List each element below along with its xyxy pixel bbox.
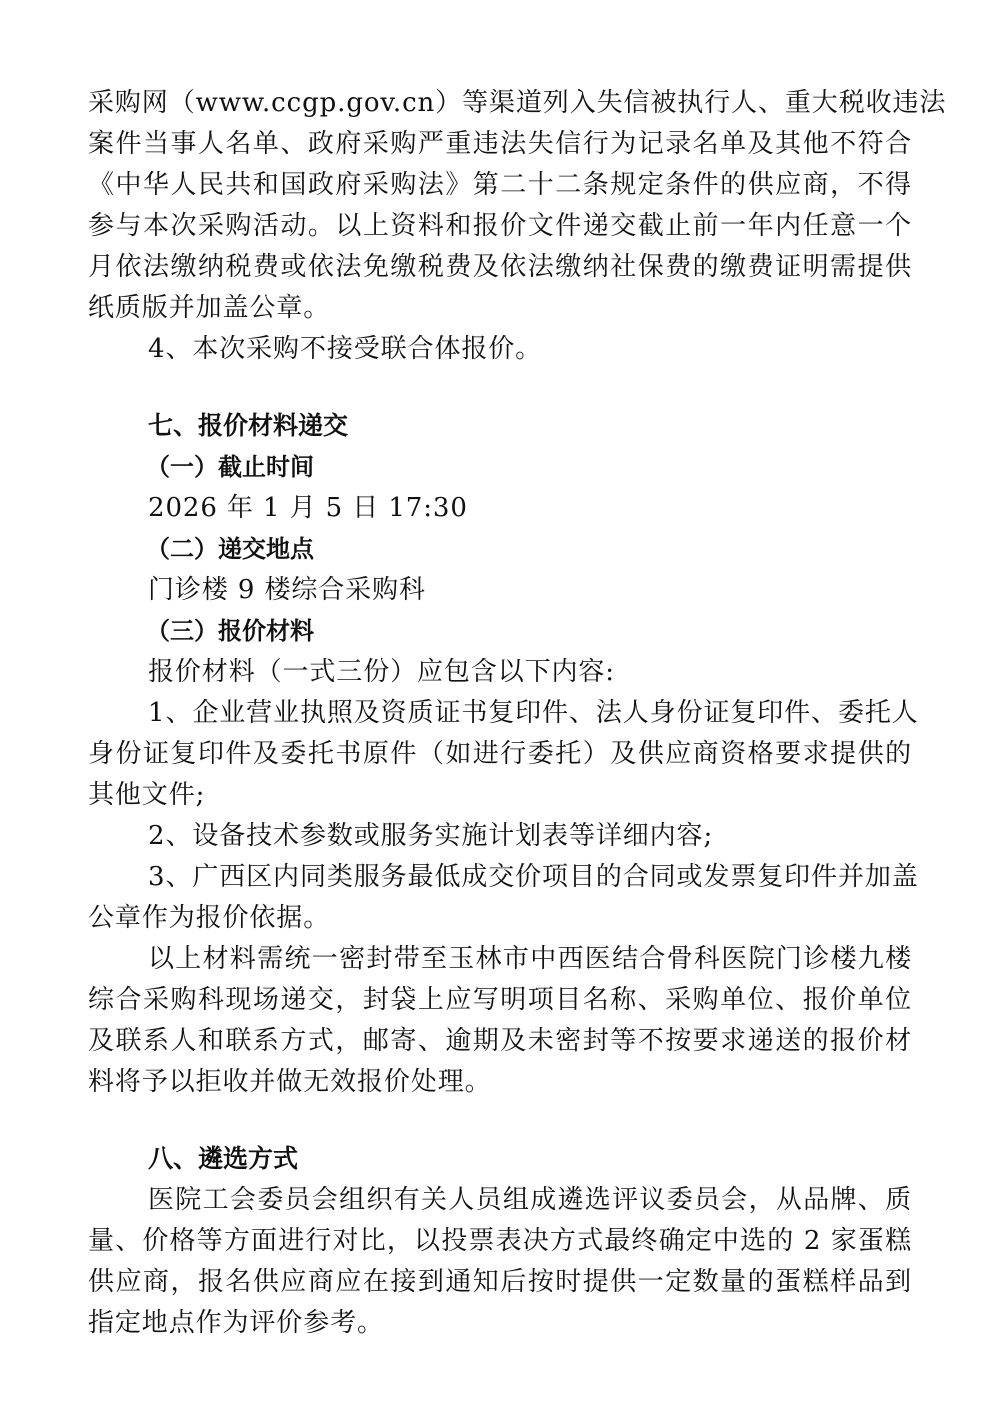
materials-item-1: 1、企业营业执照及资质证书复印件、法人身份证复印件、委托人 [148,696,912,730]
materials-note: 及联系人和联系方式，邮寄、逾期及未密封等不按要求递送的报价材 [88,1024,912,1058]
materials-note: 料将予以拒收并做无效报价处理。 [88,1065,912,1099]
materials-item-3: 公章作为报价依据。 [88,901,912,935]
selection-paragraph: 指定地点作为评价参考。 [88,1306,912,1340]
materials-note: 综合采购科现场递交，封袋上应写明项目名称、采购单位、报价单位 [88,983,912,1017]
paragraph-line: 参与本次采购活动。以上资料和报价文件递交截止前一年内任意一个 [88,209,912,243]
materials-item-3: 3、广西区内同类服务最低成交价项目的合同或发票复印件并加盖 [148,860,912,894]
materials-intro: 报价材料（一式三份）应包含以下内容: [148,655,912,689]
subheading-location: （二）递交地点 [146,532,970,566]
paragraph-line: 案件当事人名单、政府采购严重违法失信行为记录名单及其他不符合 [88,127,912,161]
section-heading-8: 八、遴选方式 [148,1142,912,1176]
list-item-4: 4、本次采购不接受联合体报价。 [148,332,912,366]
paragraph-line: 纸质版并加盖公章。 [88,291,912,325]
materials-item-1: 身份证复印件及委托书原件（如进行委托）及供应商资格要求提供的 [88,737,912,771]
paragraph-line: 采购网（www.ccgp.gov.cn）等渠道列入失信被执行人、重大税收违法 [88,86,912,120]
selection-paragraph: 医院工会委员会组织有关人员组成遴选评议委员会，从品牌、质 [148,1183,912,1217]
deadline-value: 2026 年 1 月 5 日 17:30 [148,491,912,525]
subheading-materials: （三）报价材料 [146,614,970,648]
document-page: 采购网（www.ccgp.gov.cn）等渠道列入失信被执行人、重大税收违法 案… [0,0,1000,1416]
materials-item-1: 其他文件; [88,778,912,812]
paragraph-line: 月依法缴纳税费或依法免缴税费及依法缴纳社保费的缴费证明需提供 [88,250,912,284]
materials-item-2: 2、设备技术参数或服务实施计划表等详细内容; [148,819,912,853]
section-heading-7: 七、报价材料递交 [148,409,912,443]
materials-note: 以上材料需统一密封带至玉林市中西医结合骨科医院门诊楼九楼 [148,942,912,976]
subheading-deadline: （一）截止时间 [146,450,970,484]
paragraph-line: 《中华人民共和国政府采购法》第二十二条规定条件的供应商，不得 [88,168,912,202]
selection-paragraph: 供应商，报名供应商应在接到通知后按时提供一定数量的蛋糕样品到 [88,1265,912,1299]
location-value: 门诊楼 9 楼综合采购科 [148,573,912,607]
selection-paragraph: 量、价格等方面进行对比，以投票表决方式最终确定中选的 2 家蛋糕 [88,1224,912,1258]
